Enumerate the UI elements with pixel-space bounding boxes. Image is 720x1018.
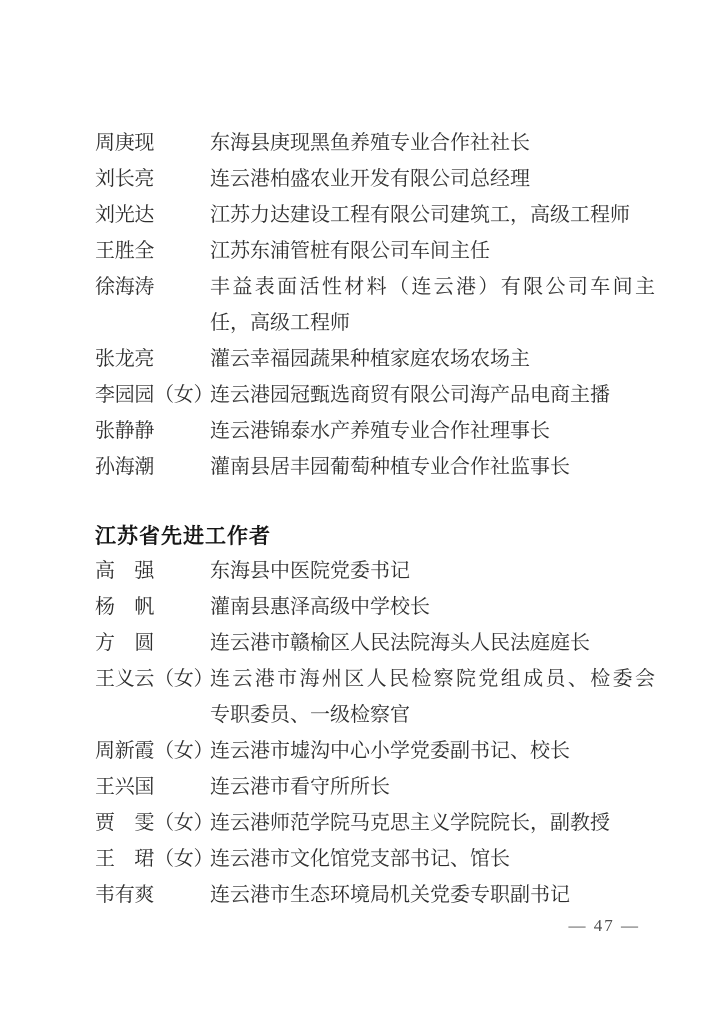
- honoree-row: 孙海潮灌南县居丰园葡萄种植专业合作社监事长: [95, 449, 660, 485]
- honoree-name-cell: 刘长亮: [95, 161, 210, 197]
- page-number: — 47 —: [569, 916, 641, 936]
- honoree-title-line: 江苏东浦管桩有限公司车间主任: [210, 233, 655, 269]
- honoree-row: 刘光达江苏力达建设工程有限公司建筑工，高级工程师: [95, 197, 660, 233]
- honoree-row: 杨 帆灌南县惠泽高级中学校长: [95, 589, 660, 625]
- honoree-title-line: 灌云幸福园蔬果种植家庭农场农场主: [210, 341, 655, 377]
- honoree-row: 王胜全江苏东浦管桩有限公司车间主任: [95, 233, 660, 269]
- honoree-title-cell: 连云港市生态环境局机关党委专职副书记: [210, 877, 655, 913]
- honoree-name-cell: 张静静: [95, 413, 210, 449]
- honoree-row: 王兴国连云港市看守所所长: [95, 769, 660, 805]
- honoree-name-cell: 杨 帆: [95, 589, 210, 625]
- honoree-name-cell: 李园园（女）: [95, 377, 210, 413]
- honoree-title-line: 灌南县惠泽高级中学校长: [210, 589, 655, 625]
- honoree-name-cell: 徐海涛: [95, 269, 210, 305]
- honoree-title-line: 东海县中医院党委书记: [210, 553, 655, 589]
- honoree-row: 韦有爽连云港市生态环境局机关党委专职副书记: [95, 877, 660, 913]
- honoree-row: 张静静连云港锦泰水产养殖专业合作社理事长: [95, 413, 660, 449]
- honoree-name: 刘长亮: [95, 168, 154, 190]
- honoree-row: 周庚现东海县庚现黑鱼养殖专业合作社社长: [95, 125, 660, 161]
- honoree-title-line: 连云港柏盛农业开发有限公司总经理: [210, 161, 655, 197]
- honoree-name-cell: 王胜全: [95, 233, 210, 269]
- honoree-name: 王胜全: [95, 240, 154, 262]
- honoree-name: 贾 雯: [95, 812, 154, 834]
- honoree-name: 王兴国: [95, 776, 154, 798]
- gender-note: （女）: [154, 384, 213, 406]
- honoree-name-cell: 韦有爽: [95, 877, 210, 913]
- honoree-title-cell: 连云港市文化馆党支部书记、馆长: [210, 841, 655, 877]
- honoree-title-cell: 连云港师范学院马克思主义学院院长，副教授: [210, 805, 655, 841]
- honoree-title-cell: 连云港市墟沟中心小学党委副书记、校长: [210, 733, 655, 769]
- honoree-title-line: 江苏力达建设工程有限公司建筑工，高级工程师: [210, 197, 655, 233]
- honoree-name: 周庚现: [95, 132, 154, 154]
- honoree-name-cell: 王兴国: [95, 769, 210, 805]
- honoree-title-line: 连云港市赣榆区人民法院海头人民法庭庭长: [210, 625, 655, 661]
- honoree-title-cell: 连云港园冠甄选商贸有限公司海产品电商主播: [210, 377, 655, 413]
- honoree-title-line: 连云港锦泰水产养殖专业合作社理事长: [210, 413, 655, 449]
- gender-note: （女）: [154, 812, 213, 834]
- honoree-title-cell: 连云港市看守所所长: [210, 769, 655, 805]
- honoree-title-cell: 灌南县居丰园葡萄种植专业合作社监事长: [210, 449, 655, 485]
- honoree-row: 贾 雯（女）连云港师范学院马克思主义学院院长，副教授: [95, 805, 660, 841]
- gender-note: （女）: [154, 848, 213, 870]
- honoree-name: 李园园: [95, 384, 154, 406]
- honoree-name-cell: 周庚现: [95, 125, 210, 161]
- honoree-name: 王义云: [95, 668, 154, 690]
- honoree-name: 韦有爽: [95, 884, 154, 906]
- honoree-title-line: 连云港市海州区人民检察院党组成员、检委会: [210, 661, 655, 697]
- honoree-title-line: 专职委员、一级检察官: [210, 697, 655, 733]
- honoree-name-cell: 张龙亮: [95, 341, 210, 377]
- honoree-name-cell: 王义云（女）: [95, 661, 210, 697]
- honoree-row: 徐海涛丰益表面活性材料（连云港）有限公司车间主任，高级工程师: [95, 269, 660, 341]
- honoree-row: 刘长亮连云港柏盛农业开发有限公司总经理: [95, 161, 660, 197]
- honoree-title-line: 连云港市墟沟中心小学党委副书记、校长: [210, 733, 655, 769]
- honoree-title-cell: 灌云幸福园蔬果种植家庭农场农场主: [210, 341, 655, 377]
- honoree-title-cell: 连云港市海州区人民检察院党组成员、检委会专职委员、一级检察官: [210, 661, 655, 733]
- honoree-name: 张龙亮: [95, 348, 154, 370]
- honoree-title-cell: 连云港锦泰水产养殖专业合作社理事长: [210, 413, 655, 449]
- honoree-title-line: 连云港市看守所所长: [210, 769, 655, 805]
- document-page: 周庚现东海县庚现黑鱼养殖专业合作社社长刘长亮连云港柏盛农业开发有限公司总经理刘光…: [0, 0, 720, 1018]
- honoree-row: 王义云（女）连云港市海州区人民检察院党组成员、检委会专职委员、一级检察官: [95, 661, 660, 733]
- honoree-name: 方 圆: [95, 632, 154, 654]
- honoree-title-cell: 连云港柏盛农业开发有限公司总经理: [210, 161, 655, 197]
- honoree-name: 刘光达: [95, 204, 154, 226]
- honoree-row: 周新霞（女）连云港市墟沟中心小学党委副书记、校长: [95, 733, 660, 769]
- honoree-title-line: 连云港市文化馆党支部书记、馆长: [210, 841, 655, 877]
- honoree-section: 周庚现东海县庚现黑鱼养殖专业合作社社长刘长亮连云港柏盛农业开发有限公司总经理刘光…: [95, 125, 660, 485]
- honoree-title-cell: 丰益表面活性材料（连云港）有限公司车间主任，高级工程师: [210, 269, 655, 341]
- honoree-name-cell: 高 强: [95, 553, 210, 589]
- honoree-title-line: 任，高级工程师: [210, 305, 655, 341]
- honoree-row: 王 珺（女）连云港市文化馆党支部书记、馆长: [95, 841, 660, 877]
- gender-note: （女）: [154, 740, 213, 762]
- honoree-name-cell: 方 圆: [95, 625, 210, 661]
- gender-note: （女）: [154, 668, 213, 690]
- honoree-title-line: 连云港师范学院马克思主义学院院长，副教授: [210, 805, 655, 841]
- section-heading: 江苏省先进工作者: [95, 521, 660, 553]
- honoree-name-cell: 刘光达: [95, 197, 210, 233]
- honoree-name: 杨 帆: [95, 596, 154, 618]
- honoree-name-cell: 贾 雯（女）: [95, 805, 210, 841]
- honoree-title-line: 东海县庚现黑鱼养殖专业合作社社长: [210, 125, 655, 161]
- honoree-title-cell: 江苏东浦管桩有限公司车间主任: [210, 233, 655, 269]
- honoree-name: 周新霞: [95, 740, 154, 762]
- honoree-name-cell: 王 珺（女）: [95, 841, 210, 877]
- honoree-name-cell: 周新霞（女）: [95, 733, 210, 769]
- sections: 周庚现东海县庚现黑鱼养殖专业合作社社长刘长亮连云港柏盛农业开发有限公司总经理刘光…: [95, 125, 660, 913]
- honoree-name: 张静静: [95, 420, 154, 442]
- honoree-title-line: 灌南县居丰园葡萄种植专业合作社监事长: [210, 449, 655, 485]
- honoree-name: 王 珺: [95, 848, 154, 870]
- honoree-title-cell: 连云港市赣榆区人民法院海头人民法庭庭长: [210, 625, 655, 661]
- honoree-name-cell: 孙海潮: [95, 449, 210, 485]
- honoree-row: 方 圆连云港市赣榆区人民法院海头人民法庭庭长: [95, 625, 660, 661]
- honoree-row: 张龙亮灌云幸福园蔬果种植家庭农场农场主: [95, 341, 660, 377]
- honoree-title-cell: 东海县庚现黑鱼养殖专业合作社社长: [210, 125, 655, 161]
- honoree-row: 李园园（女）连云港园冠甄选商贸有限公司海产品电商主播: [95, 377, 660, 413]
- honoree-name: 高 强: [95, 560, 154, 582]
- honoree-title-line: 连云港市生态环境局机关党委专职副书记: [210, 877, 655, 913]
- honoree-title-line: 丰益表面活性材料（连云港）有限公司车间主: [210, 269, 655, 305]
- honoree-title-line: 连云港园冠甄选商贸有限公司海产品电商主播: [210, 377, 655, 413]
- honoree-name: 徐海涛: [95, 276, 154, 298]
- honoree-name: 孙海潮: [95, 456, 154, 478]
- honoree-title-cell: 灌南县惠泽高级中学校长: [210, 589, 655, 625]
- honoree-title-cell: 东海县中医院党委书记: [210, 553, 655, 589]
- honoree-section: 江苏省先进工作者高 强东海县中医院党委书记杨 帆灌南县惠泽高级中学校长方 圆连云…: [95, 521, 660, 913]
- honoree-row: 高 强东海县中医院党委书记: [95, 553, 660, 589]
- honoree-title-cell: 江苏力达建设工程有限公司建筑工，高级工程师: [210, 197, 655, 233]
